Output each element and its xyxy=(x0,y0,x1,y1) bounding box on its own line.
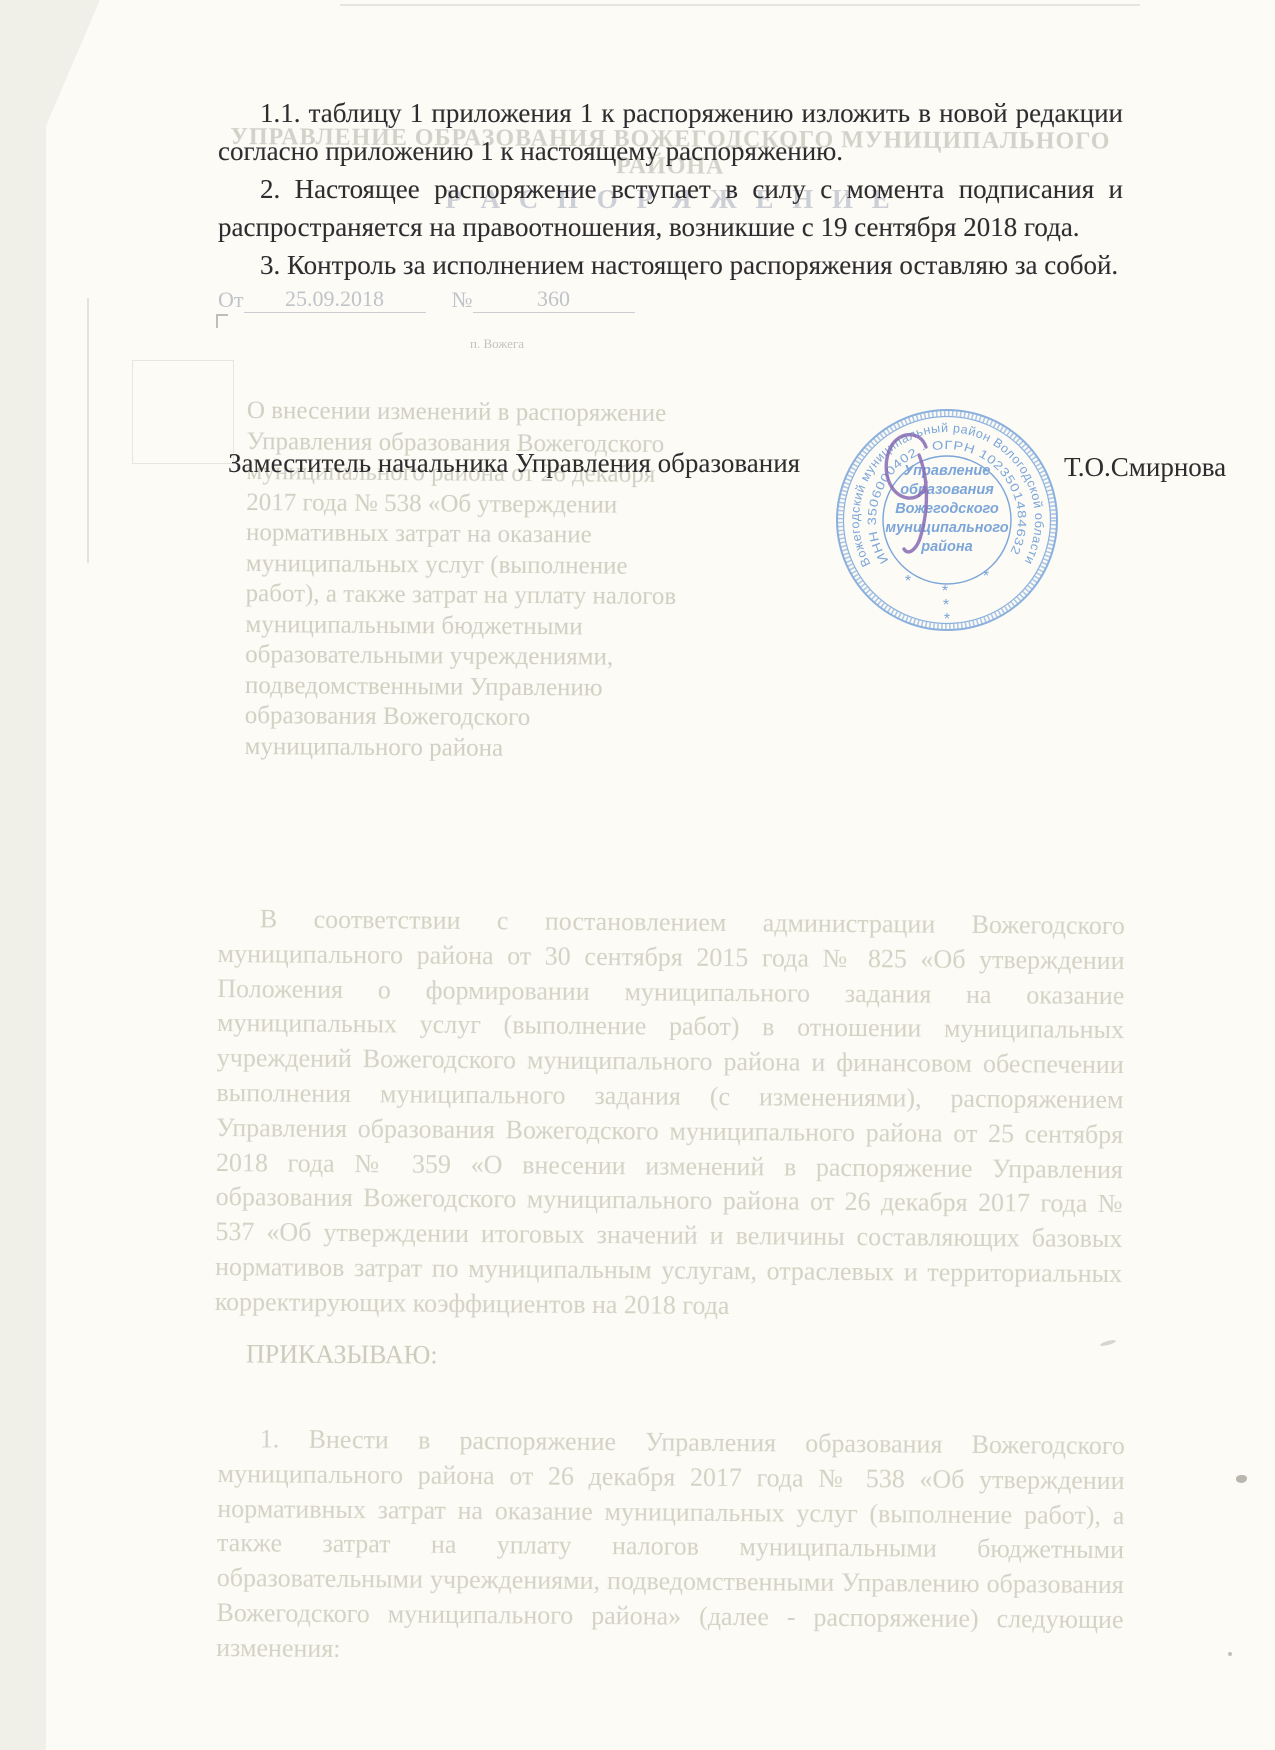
ghost-date-number-line: От 25.09.2018 № 360 xyxy=(218,286,635,313)
svg-text:*: * xyxy=(905,573,911,590)
ghost-subject-line: муниципальными бюджетными xyxy=(245,609,805,643)
ghost-order-item: 1. Внести в распоряжение Управления обра… xyxy=(216,1422,1125,1673)
svg-text:Управление: Управление xyxy=(904,463,991,479)
ghost-place-name: п. Вожега xyxy=(470,336,524,352)
ghost-date-value: 25.09.2018 xyxy=(244,286,426,313)
signer-position-title: Заместитель начальника Управления образо… xyxy=(228,448,800,479)
scan-fold-line xyxy=(87,298,89,563)
signer-name: Т.О.Смирнова xyxy=(1064,452,1226,483)
body-paragraph-1-1: 1.1. таблицу 1 приложения 1 к распоряжен… xyxy=(218,94,1123,170)
ghost-order-word: ПРИКАЗЫВАЮ: xyxy=(246,1339,438,1370)
svg-text:образования: образования xyxy=(900,482,994,498)
ghost-subject-line: муниципального района xyxy=(244,731,804,765)
corner-bracket-mark xyxy=(216,314,228,328)
ghost-subject-line: образования Вожегодского xyxy=(245,701,805,735)
document-body: 1.1. таблицу 1 приложения 1 к распоряжен… xyxy=(218,94,1123,284)
svg-text:*: * xyxy=(944,611,950,628)
scan-streak xyxy=(340,4,1140,6)
stamp-graphic: Вожегодский муниципальный район Вологодс… xyxy=(830,403,1064,637)
svg-text:муниципального: муниципального xyxy=(885,520,1008,536)
ghost-number-value: 360 xyxy=(473,286,635,313)
svg-text:*: * xyxy=(983,568,989,585)
ghost-subject-line: подведомственными Управлению xyxy=(245,670,805,704)
scanned-document: УПРАВЛЕНИЕ ОБРАЗОВАНИЯ ВОЖЕГОДСКОГО МУНИ… xyxy=(0,0,1275,1750)
ink-dot xyxy=(1228,1652,1232,1656)
ghost-number-label: № xyxy=(452,287,473,313)
svg-text:района: района xyxy=(920,539,972,555)
body-paragraph-2: 2. Настоящее распоряжение вступает в сил… xyxy=(218,170,1123,246)
ghost-date-label: От xyxy=(218,287,244,313)
ghost-preamble: В соответствии с постановлением админист… xyxy=(215,902,1125,1327)
ghost-subject-line: муниципальных услуг (выполнение xyxy=(246,548,806,582)
body-paragraph-3: 3. Контроль за исполнением настоящего ра… xyxy=(218,246,1123,284)
ghost-frame-mark xyxy=(132,360,234,464)
svg-text:Вожегодского: Вожегодского xyxy=(895,501,999,517)
stamp-center-text: Управление образования Вожегодского муни… xyxy=(885,463,1008,555)
ghost-subject-line: образовательными учреждениями, xyxy=(245,640,805,674)
ghost-subject-line: работ), а также затрат на уплату налогов xyxy=(246,579,806,613)
ghost-order-item-text: 1. Внести в распоряжение Управления обра… xyxy=(216,1422,1125,1673)
ghost-subject-line: нормативных затрат на оказание xyxy=(246,518,806,552)
ghost-preamble-text: В соответствии с постановлением админист… xyxy=(215,902,1125,1327)
ghost-subject-line: О внесении изменений в распоряжение xyxy=(247,396,807,430)
official-round-stamp: Вожегодский муниципальный район Вологодс… xyxy=(830,403,1064,637)
ghost-subject-line: 2017 года № 538 «Об утверждении xyxy=(246,487,806,521)
